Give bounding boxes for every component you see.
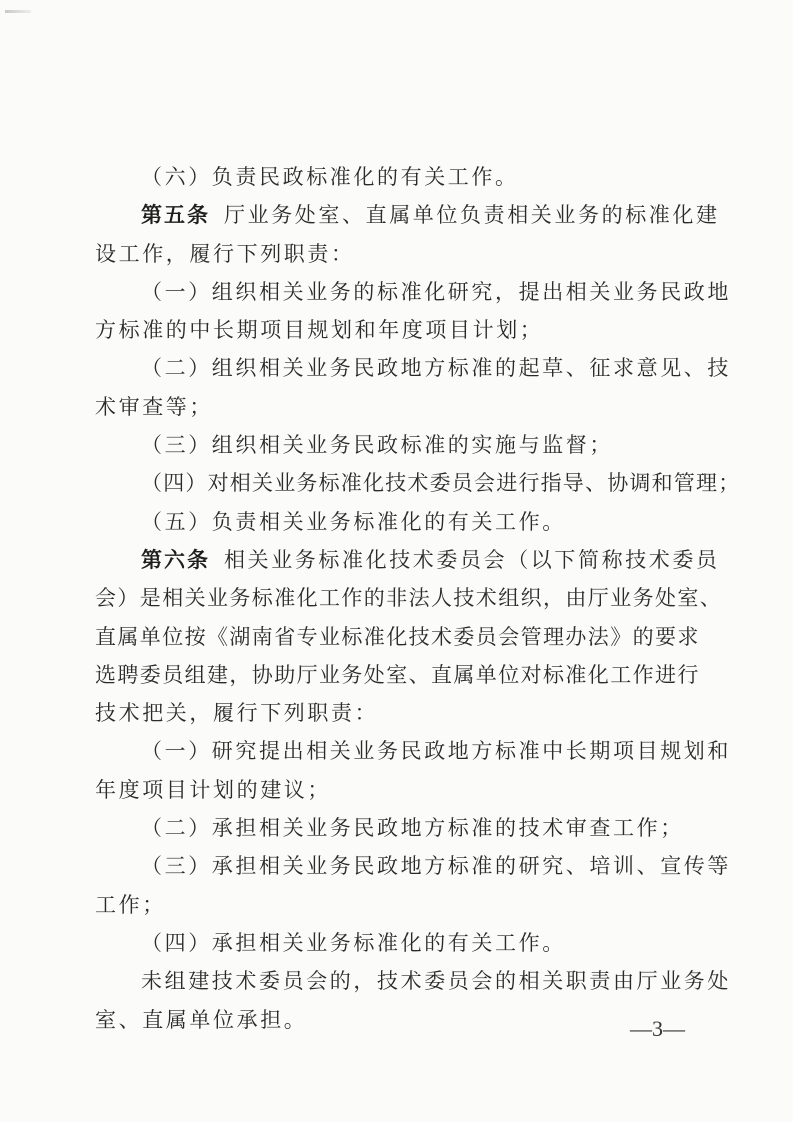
- text-line: （二）承担相关业务民政地方标准的技术审查工作；: [95, 809, 681, 847]
- text-line: 室、直属单位承担。: [95, 1001, 681, 1039]
- line-text: （二）承担相关业务民政地方标准的技术审查工作；: [141, 816, 684, 840]
- line-text: （四）对相关业务标准化技术委员会进行指导、协调和管理；: [141, 471, 740, 495]
- text-line: 年度项目计划的建议；: [95, 771, 681, 809]
- page-number: —3—: [630, 1016, 685, 1042]
- text-line: （四）承担相关业务标准化的有关工作。: [95, 924, 681, 962]
- text-line: （二）组织相关业务民政地方标准的起草、征求意见、技: [95, 349, 681, 387]
- line-text: 会）是相关业务标准化工作的非法人技术组织，由厅业务处室、: [95, 586, 722, 610]
- line-text: （一）组织相关业务的标准化研究，提出相关业务民政地: [141, 280, 731, 304]
- line-text: （二）组织相关业务民政地方标准的起草、征求意见、技: [141, 356, 731, 380]
- line-text: （四）承担相关业务标准化的有关工作。: [141, 931, 566, 955]
- line-text: 厅业务处室、直属单位负责相关业务的标准化建: [224, 203, 720, 227]
- text-line: 工作；: [95, 886, 681, 924]
- line-text: （六）负责民政标准化的有关工作。: [141, 165, 519, 189]
- line-text: （三）组织相关业务民政标准的实施与监督；: [141, 433, 613, 457]
- line-text: 室、直属单位承担。: [95, 1008, 307, 1032]
- text-line: （六）负责民政标准化的有关工作。: [95, 158, 681, 196]
- text-line: 未组建技术委员会的，技术委员会的相关职责由厅业务处: [95, 962, 681, 1000]
- article-6-heading-line: 第六条相关业务标准化技术委员会（以下简称技术委员: [95, 541, 681, 579]
- line-text: 选聘委员组建，协助厅业务处室、直属单位对标准化工作进行: [95, 663, 700, 687]
- text-line: 方标准的中长期项目规划和年度项目计划；: [95, 311, 681, 349]
- text-line: （五）负责相关业务标准化的有关工作。: [95, 503, 681, 541]
- line-text: 直属单位按《湖南省专业标准化技术委员会管理办法》的要求: [95, 625, 700, 649]
- text-line: （一）研究提出相关业务民政地方标准中长期项目规划和: [95, 732, 681, 770]
- text-line: 术审查等；: [95, 388, 681, 426]
- text-line: （一）组织相关业务的标准化研究，提出相关业务民政地: [95, 273, 681, 311]
- line-text: （五）负责相关业务标准化的有关工作。: [141, 510, 566, 534]
- line-text: 技术把关，履行下列职责：: [95, 701, 378, 725]
- line-text: （一）研究提出相关业务民政地方标准中长期项目规划和: [141, 739, 731, 763]
- text-line: （三）承担相关业务民政地方标准的研究、培训、宣传等: [95, 847, 681, 885]
- text-line: 选聘委员组建，协助厅业务处室、直属单位对标准化工作进行: [95, 656, 681, 694]
- line-text: 设工作，履行下列职责：: [95, 242, 355, 266]
- line-text: 未组建技术委员会的，技术委员会的相关职责由厅业务处: [141, 969, 731, 993]
- text-line: 会）是相关业务标准化工作的非法人技术组织，由厅业务处室、: [95, 579, 681, 617]
- line-text: 方标准的中长期项目规划和年度项目计划；: [95, 318, 543, 342]
- line-text: 相关业务标准化技术委员会（以下简称技术委员: [224, 548, 720, 572]
- line-text: （三）承担相关业务民政地方标准的研究、培训、宣传等: [141, 854, 731, 878]
- line-text: 术审查等；: [95, 395, 213, 419]
- article-6-label: 第六条: [141, 547, 210, 572]
- text-line: 技术把关，履行下列职责：: [95, 694, 681, 732]
- line-text: 工作；: [95, 893, 166, 917]
- scan-artifact: [5, 10, 31, 13]
- article-5-label: 第五条: [141, 202, 210, 227]
- text-line: （三）组织相关业务民政标准的实施与监督；: [95, 426, 681, 464]
- text-line: （四）对相关业务标准化技术委员会进行指导、协调和管理；: [95, 464, 681, 502]
- document-page: （六）负责民政标准化的有关工作。 第五条厅业务处室、直属单位负责相关业务的标准化…: [0, 0, 793, 1122]
- document-body: （六）负责民政标准化的有关工作。 第五条厅业务处室、直属单位负责相关业务的标准化…: [95, 158, 681, 1039]
- text-line: 设工作，履行下列职责：: [95, 235, 681, 273]
- article-5-heading-line: 第五条厅业务处室、直属单位负责相关业务的标准化建: [95, 196, 681, 234]
- text-line: 直属单位按《湖南省专业标准化技术委员会管理办法》的要求: [95, 618, 681, 656]
- line-text: 年度项目计划的建议；: [95, 778, 331, 802]
